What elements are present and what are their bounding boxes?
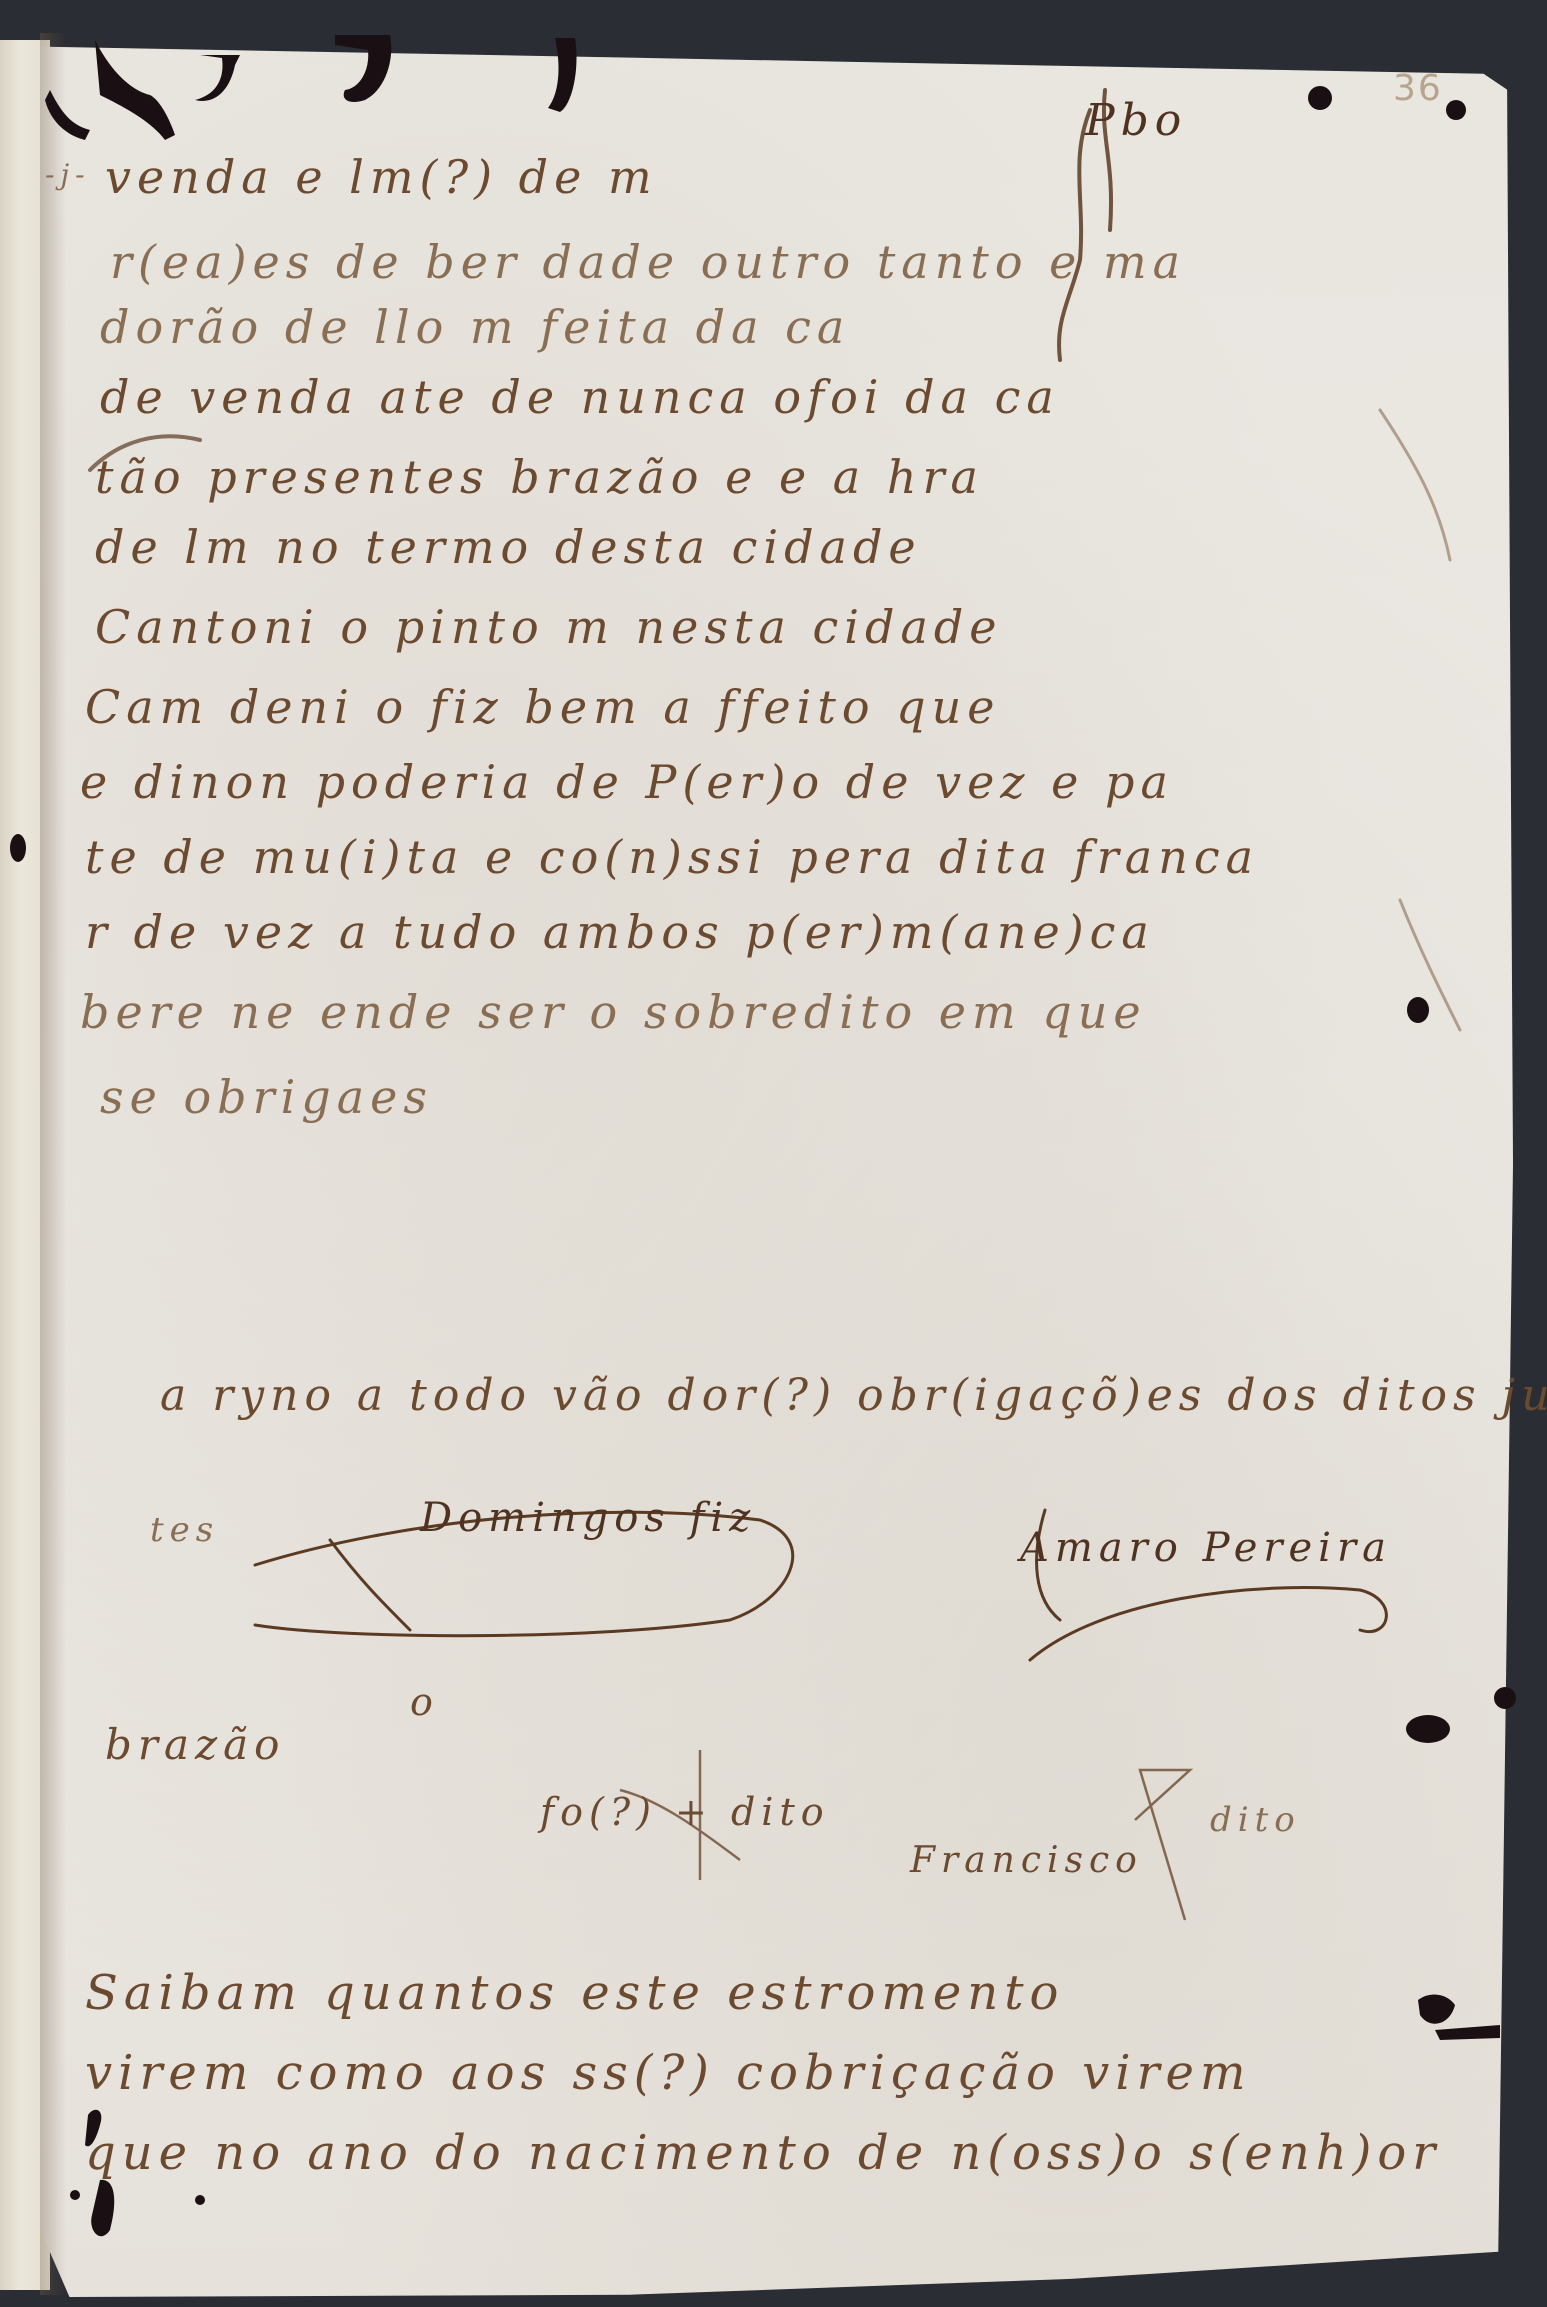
text-line: Saibam quantos este estromento bbox=[85, 1965, 1064, 2021]
text-line: de lm no termo desta cidade bbox=[95, 520, 922, 574]
signature-left: Domingos fiz bbox=[420, 1495, 756, 1541]
text-line: Cantoni o pinto m nesta cidade bbox=[95, 600, 1003, 654]
witness-prefix: tes bbox=[150, 1510, 219, 1550]
text-line: que no ano do nacimento de n(oss)o s(enh… bbox=[85, 2125, 1441, 2181]
signature-right: Amaro Pereira bbox=[1020, 1525, 1392, 1571]
text-line: tão presentes brazão e e a hra bbox=[95, 450, 984, 504]
margin-marker: -j- bbox=[45, 158, 91, 191]
header-annotation: Pbo bbox=[1085, 95, 1187, 146]
cross-label: brazão bbox=[105, 1720, 285, 1769]
text-line: virem como aos ss(?) cobriçação virem bbox=[85, 2045, 1251, 2101]
folio-number: 36 bbox=[1393, 68, 1443, 109]
text-line: Cam deni o fiz bem a ffeito que bbox=[85, 680, 1000, 734]
mark-signature-1: fo(?) + dito bbox=[540, 1790, 830, 1834]
cross-mark: o bbox=[410, 1680, 439, 1724]
mark-signature-2-suffix: dito bbox=[1210, 1800, 1301, 1840]
text-line: e dinon poderia de P(er)o de vez e pa bbox=[80, 755, 1174, 809]
text-line: r(ea)es de ber dade outro tanto e ma bbox=[110, 235, 1186, 289]
binding-shadow bbox=[40, 33, 66, 2295]
text-line: te de mu(i)ta e co(n)ssi pera dita franc… bbox=[85, 830, 1259, 884]
text-line: bere ne ende ser o sobredito em que bbox=[80, 985, 1147, 1039]
text-line: r de vez a tudo ambos p(er)m(ane)ca bbox=[85, 905, 1155, 959]
witness-line: a ryno a todo vão dor(?) obr(igaçõ)es do… bbox=[160, 1370, 1547, 1421]
text-line: venda e lm(?) de m bbox=[105, 150, 658, 204]
text-line: dorão de llo m feita da ca bbox=[100, 300, 850, 354]
text-line: de venda ate de nunca ofoi da ca bbox=[100, 370, 1060, 424]
mark-signature-2-name: Francisco bbox=[910, 1840, 1143, 1881]
text-line: se obrigaes bbox=[100, 1070, 433, 1124]
